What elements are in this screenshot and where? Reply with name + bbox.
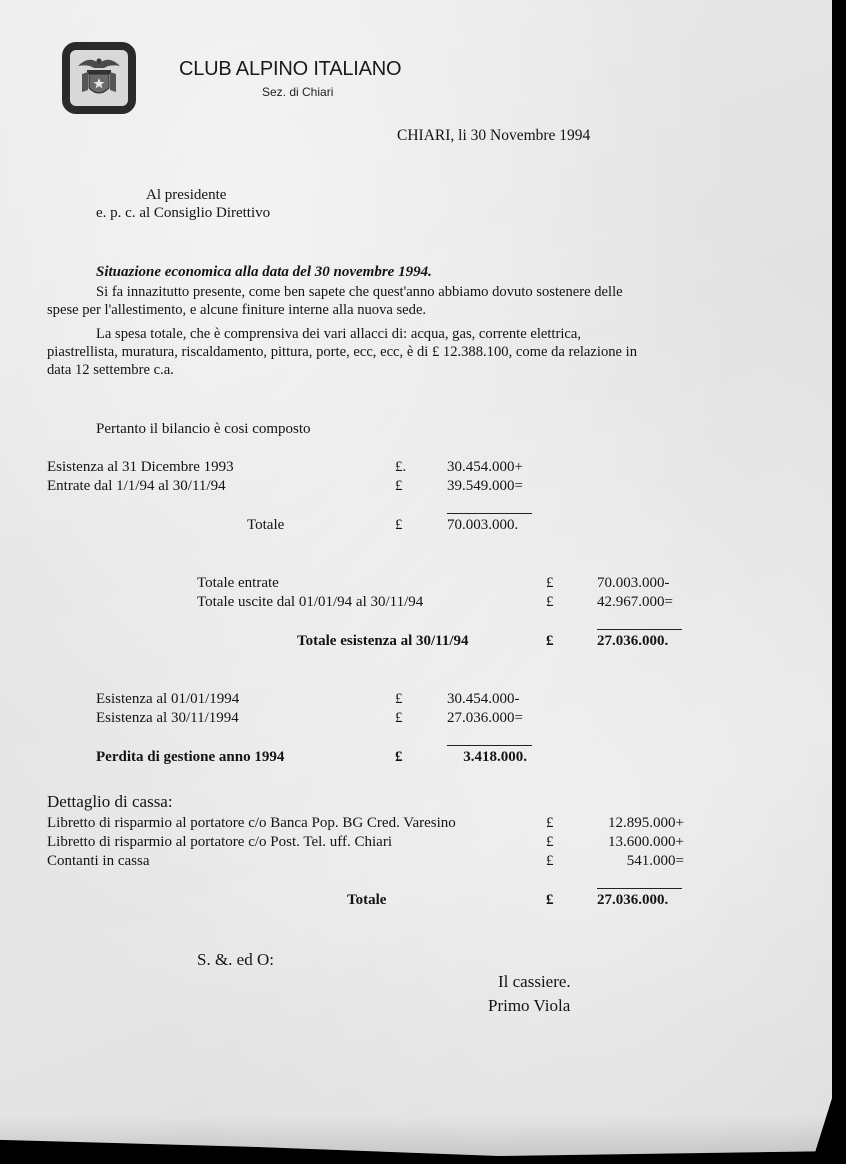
result-total-label: Perdita di gestione anno 1994 [96,749,284,766]
balance-intro: Pertanto il bilancio è cosi composto [96,421,311,438]
cai-eagle-shield-star-icon [70,50,128,106]
movement-row-label: Totale entrate [197,575,279,592]
cash-total-currency: £ [546,892,554,909]
movements-total-label: Totale esistenza al 30/11/94 [297,633,469,650]
balance-row-amount: 30.454.000+ [447,459,523,476]
signer-name: Primo Viola [488,996,570,1016]
cash-row-amount: 12.895.000+ [590,815,684,832]
movements-total-amount: 27.036.000. [597,633,668,650]
sum-rule [447,745,532,746]
result-row-amount: 30.454.000- [447,691,520,708]
movements-total-currency: £ [546,633,554,650]
balance-total-label: Totale [247,517,284,534]
sum-rule [597,888,682,889]
organization-name: CLUB ALPINO ITALIANO [179,58,401,81]
movement-row-currency: £ [546,594,554,611]
paragraph-1-line-1: Si fa innazitutto presente, come ben sap… [47,284,623,301]
movement-row-label: Totale uscite dal 01/01/94 al 30/11/94 [197,594,423,611]
cash-row-label: Contanti in cassa [47,853,149,870]
result-row-label: Esistenza al 30/11/1994 [96,710,239,727]
result-row-label: Esistenza al 01/01/1994 [96,691,239,708]
cash-row-currency: £ [546,815,554,832]
closing-formula: S. &. ed O: [197,950,274,970]
result-total-amount: 3.418.000. [447,749,527,766]
movement-row-currency: £ [546,575,554,592]
addressee-line-1: Al presidente [146,187,226,204]
cash-total-amount: 27.036.000. [597,892,668,909]
cash-row-label: Libretto di risparmio al portatore c/o P… [47,834,392,851]
addressee-line-2: e. p. c. al Consiglio Direttivo [96,205,270,222]
cash-total-label: Totale [347,892,386,909]
subject-line: Situazione economica alla data del 30 no… [96,264,432,281]
paragraph-1-line-2: spese per l'allestimento, e alcune finit… [47,302,426,319]
cai-logo [62,42,136,114]
signer-role: Il cassiere. [498,972,571,992]
date-line: CHIARI, li 30 Novembre 1994 [397,127,590,145]
movement-row-amount: 42.967.000= [597,594,673,611]
balance-row-label: Entrate dal 1/1/94 al 30/11/94 [47,478,226,495]
balance-row-label: Esistenza al 31 Dicembre 1993 [47,459,234,476]
result-row-amount: 27.036.000= [447,710,523,727]
sum-rule [447,513,532,514]
letter-page: CLUB ALPINO ITALIANO Sez. di Chiari CHIA… [0,0,832,1156]
paragraph-2-line-2: piastrellista, muratura, riscaldamento, … [47,344,637,361]
result-row-currency: £ [395,691,403,708]
cash-row-amount: 541.000= [590,853,684,870]
result-row-currency: £ [395,710,403,727]
balance-total-currency: £ [395,517,403,534]
result-total-currency: £ [395,749,403,766]
organization-section: Sez. di Chiari [262,85,333,99]
balance-row-currency: £. [395,459,406,476]
balance-row-currency: £ [395,478,403,495]
cash-row-currency: £ [546,834,554,851]
paragraph-2-line-1: La spesa totale, che è comprensiva dei v… [47,326,581,343]
cash-detail-title: Dettaglio di cassa: [47,792,173,812]
balance-total-amount: 70.003.000. [447,517,518,534]
movement-row-amount: 70.003.000- [597,575,670,592]
cash-row-amount: 13.600.000+ [590,834,684,851]
sum-rule [597,629,682,630]
paragraph-2-line-3: data 12 settembre c.a. [47,362,174,379]
balance-row-amount: 39.549.000= [447,478,523,495]
cash-row-currency: £ [546,853,554,870]
cash-row-label: Libretto di risparmio al portatore c/o B… [47,815,456,832]
